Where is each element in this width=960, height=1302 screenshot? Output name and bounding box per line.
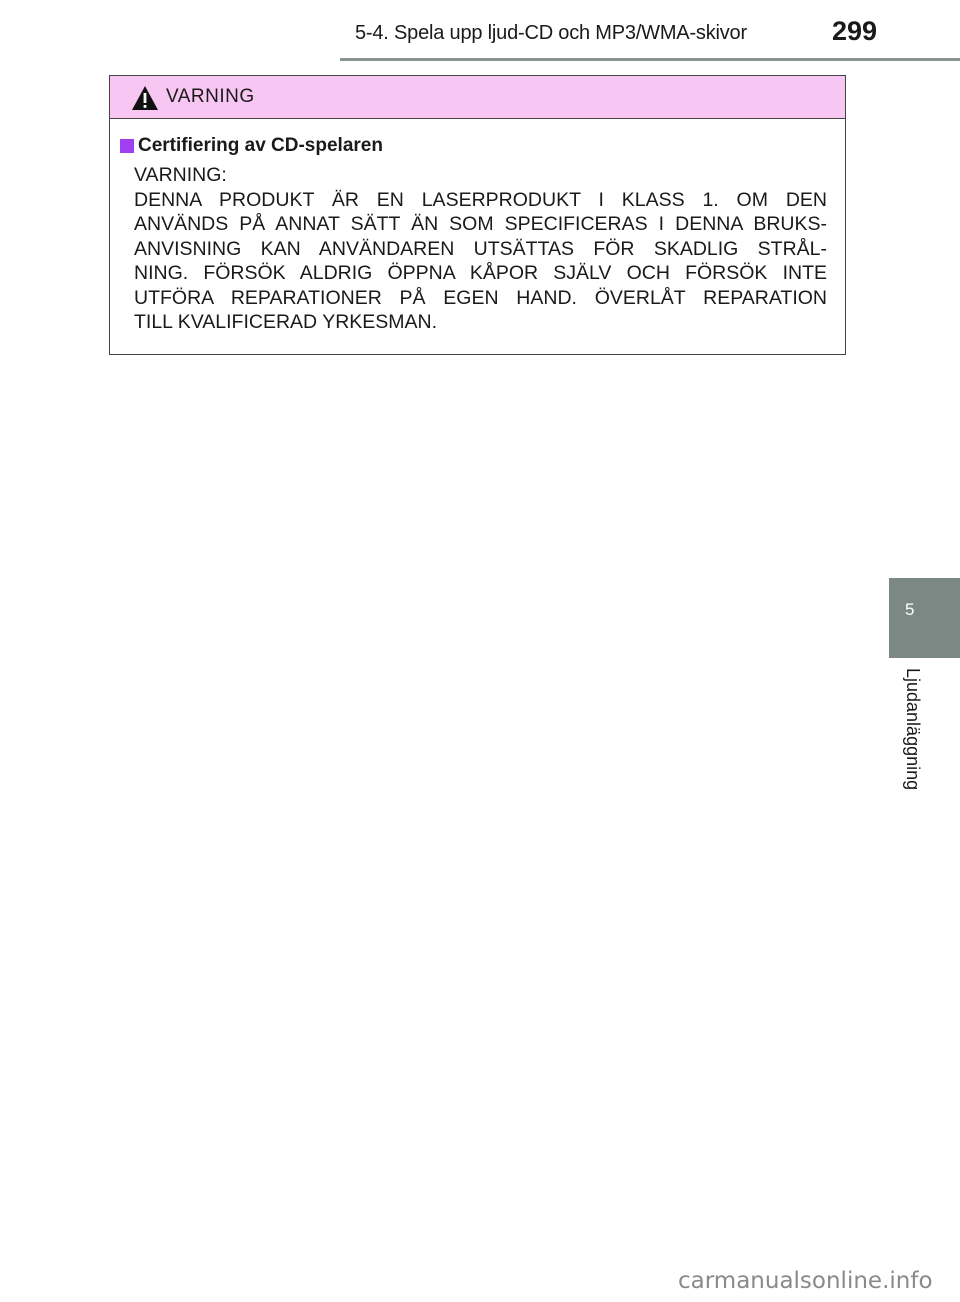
section-heading-text: Certifiering av CD-spelaren bbox=[138, 135, 383, 157]
chapter-tab: 5 bbox=[889, 578, 960, 658]
header-rule bbox=[340, 58, 960, 61]
warning-label: VARNING bbox=[166, 86, 255, 108]
warning-line: ANVÄNDS PÅ ANNAT SÄTT ÄN SOM SPECIFICERA… bbox=[134, 212, 827, 237]
warning-line: ANVISNING KAN ANVÄNDAREN UTSÄTTAS FÖR SK… bbox=[134, 237, 827, 262]
section-title: 5-4. Spela upp ljud-CD och MP3/WMA-skivo… bbox=[355, 22, 747, 45]
warning-line: NING. FÖRSÖK ALDRIG ÖPPNA KÅPOR SJÄLV OC… bbox=[134, 261, 827, 286]
warning-line: DENNA PRODUKT ÄR EN LASERPRODUKT I KLASS… bbox=[134, 188, 827, 213]
chapter-number: 5 bbox=[905, 600, 914, 620]
section-heading: Certifiering av CD-spelaren bbox=[120, 135, 827, 157]
warning-header: VARNING bbox=[110, 76, 845, 119]
watermark: carmanualsonline.info bbox=[678, 1268, 933, 1294]
warning-body: Certifiering av CD-spelaren VARNING: DEN… bbox=[110, 119, 845, 335]
bullet-square-icon bbox=[120, 139, 134, 153]
chapter-title: Ljudanläggning bbox=[897, 668, 923, 813]
warning-line: VARNING: bbox=[134, 163, 827, 188]
warning-line: UTFÖRA REPARATIONER PÅ EGEN HAND. ÖVERLÅ… bbox=[134, 286, 827, 311]
chapter-title-text: Ljudanläggning bbox=[902, 668, 923, 790]
warning-line: TILL KVALIFICERAD YRKESMAN. bbox=[134, 310, 827, 335]
warning-box: VARNING Certifiering av CD-spelaren VARN… bbox=[109, 75, 846, 355]
page-number: 299 bbox=[832, 16, 877, 47]
warning-text: VARNING: DENNA PRODUKT ÄR EN LASERPRODUK… bbox=[120, 163, 827, 335]
warning-triangle-icon bbox=[131, 85, 159, 111]
